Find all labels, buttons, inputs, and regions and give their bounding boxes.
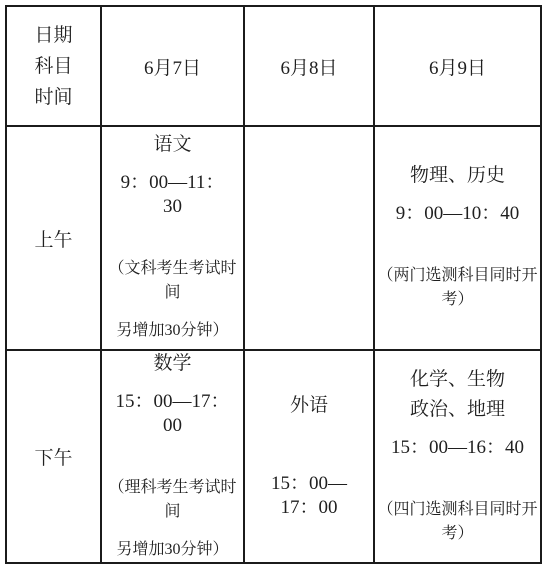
exam-schedule-table: 日期 科目 时间 6月7日 6月8日 6月9日 上午 bbox=[5, 5, 542, 564]
date-header-jun7-label: 6月7日 bbox=[102, 53, 243, 80]
note-text: 另增加30分钟） bbox=[116, 319, 228, 343]
note-text: （理科考生考试时 bbox=[108, 476, 236, 500]
cell-afternoon-jun7: 数学 15：00—17： 00 （理科考生考试时 间 另增加30分钟） bbox=[101, 350, 244, 563]
time-text: 15：00—17： bbox=[115, 390, 229, 414]
note-text: 间 bbox=[164, 281, 180, 305]
subject-text: 政治、地理 bbox=[410, 398, 505, 422]
header-row: 日期 科目 时间 6月7日 6月8日 6月9日 bbox=[6, 6, 541, 126]
row-label-afternoon-cell: 下午 bbox=[6, 350, 101, 563]
time-text: 9：00—10：40 bbox=[396, 202, 520, 226]
time-text: 00 bbox=[163, 414, 182, 438]
date-header-jun8-label: 6月8日 bbox=[245, 53, 373, 80]
time-text: 15：00— bbox=[271, 472, 347, 496]
row-label-morning-cell: 上午 bbox=[6, 126, 101, 350]
note-text: （四门选测科目同时开 bbox=[377, 498, 537, 522]
morning-row: 上午 语文 9：00—11： 30 （文科考生考试时 间 另增加30分钟） bbox=[6, 126, 541, 350]
cell-afternoon-jun9: 化学、生物 政治、地理 15：00—16：40 （四门选测科目同时开 考） bbox=[374, 350, 541, 563]
row-label-morning: 上午 bbox=[7, 225, 100, 252]
note-text: （文科考生考试时 bbox=[108, 257, 236, 281]
subject-text: 语文 bbox=[153, 133, 191, 157]
date-header-jun9-label: 6月9日 bbox=[375, 53, 540, 80]
date-header-jun8: 6月8日 bbox=[244, 6, 374, 126]
subject-text: 物理、历史 bbox=[410, 164, 505, 188]
subject-text: 外语 bbox=[290, 394, 328, 418]
corner-label-time: 时间 bbox=[34, 82, 72, 113]
corner-header-cell: 日期 科目 时间 bbox=[6, 6, 101, 126]
cell-morning-jun7: 语文 9：00—11： 30 （文科考生考试时 间 另增加30分钟） bbox=[101, 126, 244, 350]
time-text: 15：00—16：40 bbox=[391, 436, 524, 460]
afternoon-row: 下午 数学 15：00—17： 00 （理科考生考试时 间 另增加30分钟） bbox=[6, 350, 541, 563]
time-text: 30 bbox=[163, 195, 182, 219]
subject-text: 化学、生物 bbox=[410, 368, 505, 392]
page: 日期 科目 时间 6月7日 6月8日 6月9日 上午 bbox=[0, 0, 557, 575]
corner-label-date: 日期 bbox=[34, 20, 72, 51]
note-text: 考） bbox=[441, 288, 473, 312]
subject-text: 数学 bbox=[153, 352, 191, 376]
note-text: 另增加30分钟） bbox=[116, 538, 228, 562]
time-text: 17：00 bbox=[280, 496, 337, 520]
corner-label-subject: 科目 bbox=[34, 51, 72, 82]
date-header-jun9: 6月9日 bbox=[374, 6, 541, 126]
row-label-afternoon: 下午 bbox=[7, 443, 100, 470]
note-text: （两门选测科目同时开 bbox=[377, 264, 537, 288]
note-text: 间 bbox=[164, 500, 180, 524]
cell-morning-jun9: 物理、历史 9：00—10：40 （两门选测科目同时开 考） bbox=[374, 126, 541, 350]
note-text: 考） bbox=[441, 522, 473, 546]
date-header-jun7: 6月7日 bbox=[101, 6, 244, 126]
cell-morning-jun8 bbox=[244, 126, 374, 350]
time-text: 9：00—11： bbox=[121, 171, 225, 195]
cell-afternoon-jun8: 外语 15：00— 17：00 bbox=[244, 350, 374, 563]
